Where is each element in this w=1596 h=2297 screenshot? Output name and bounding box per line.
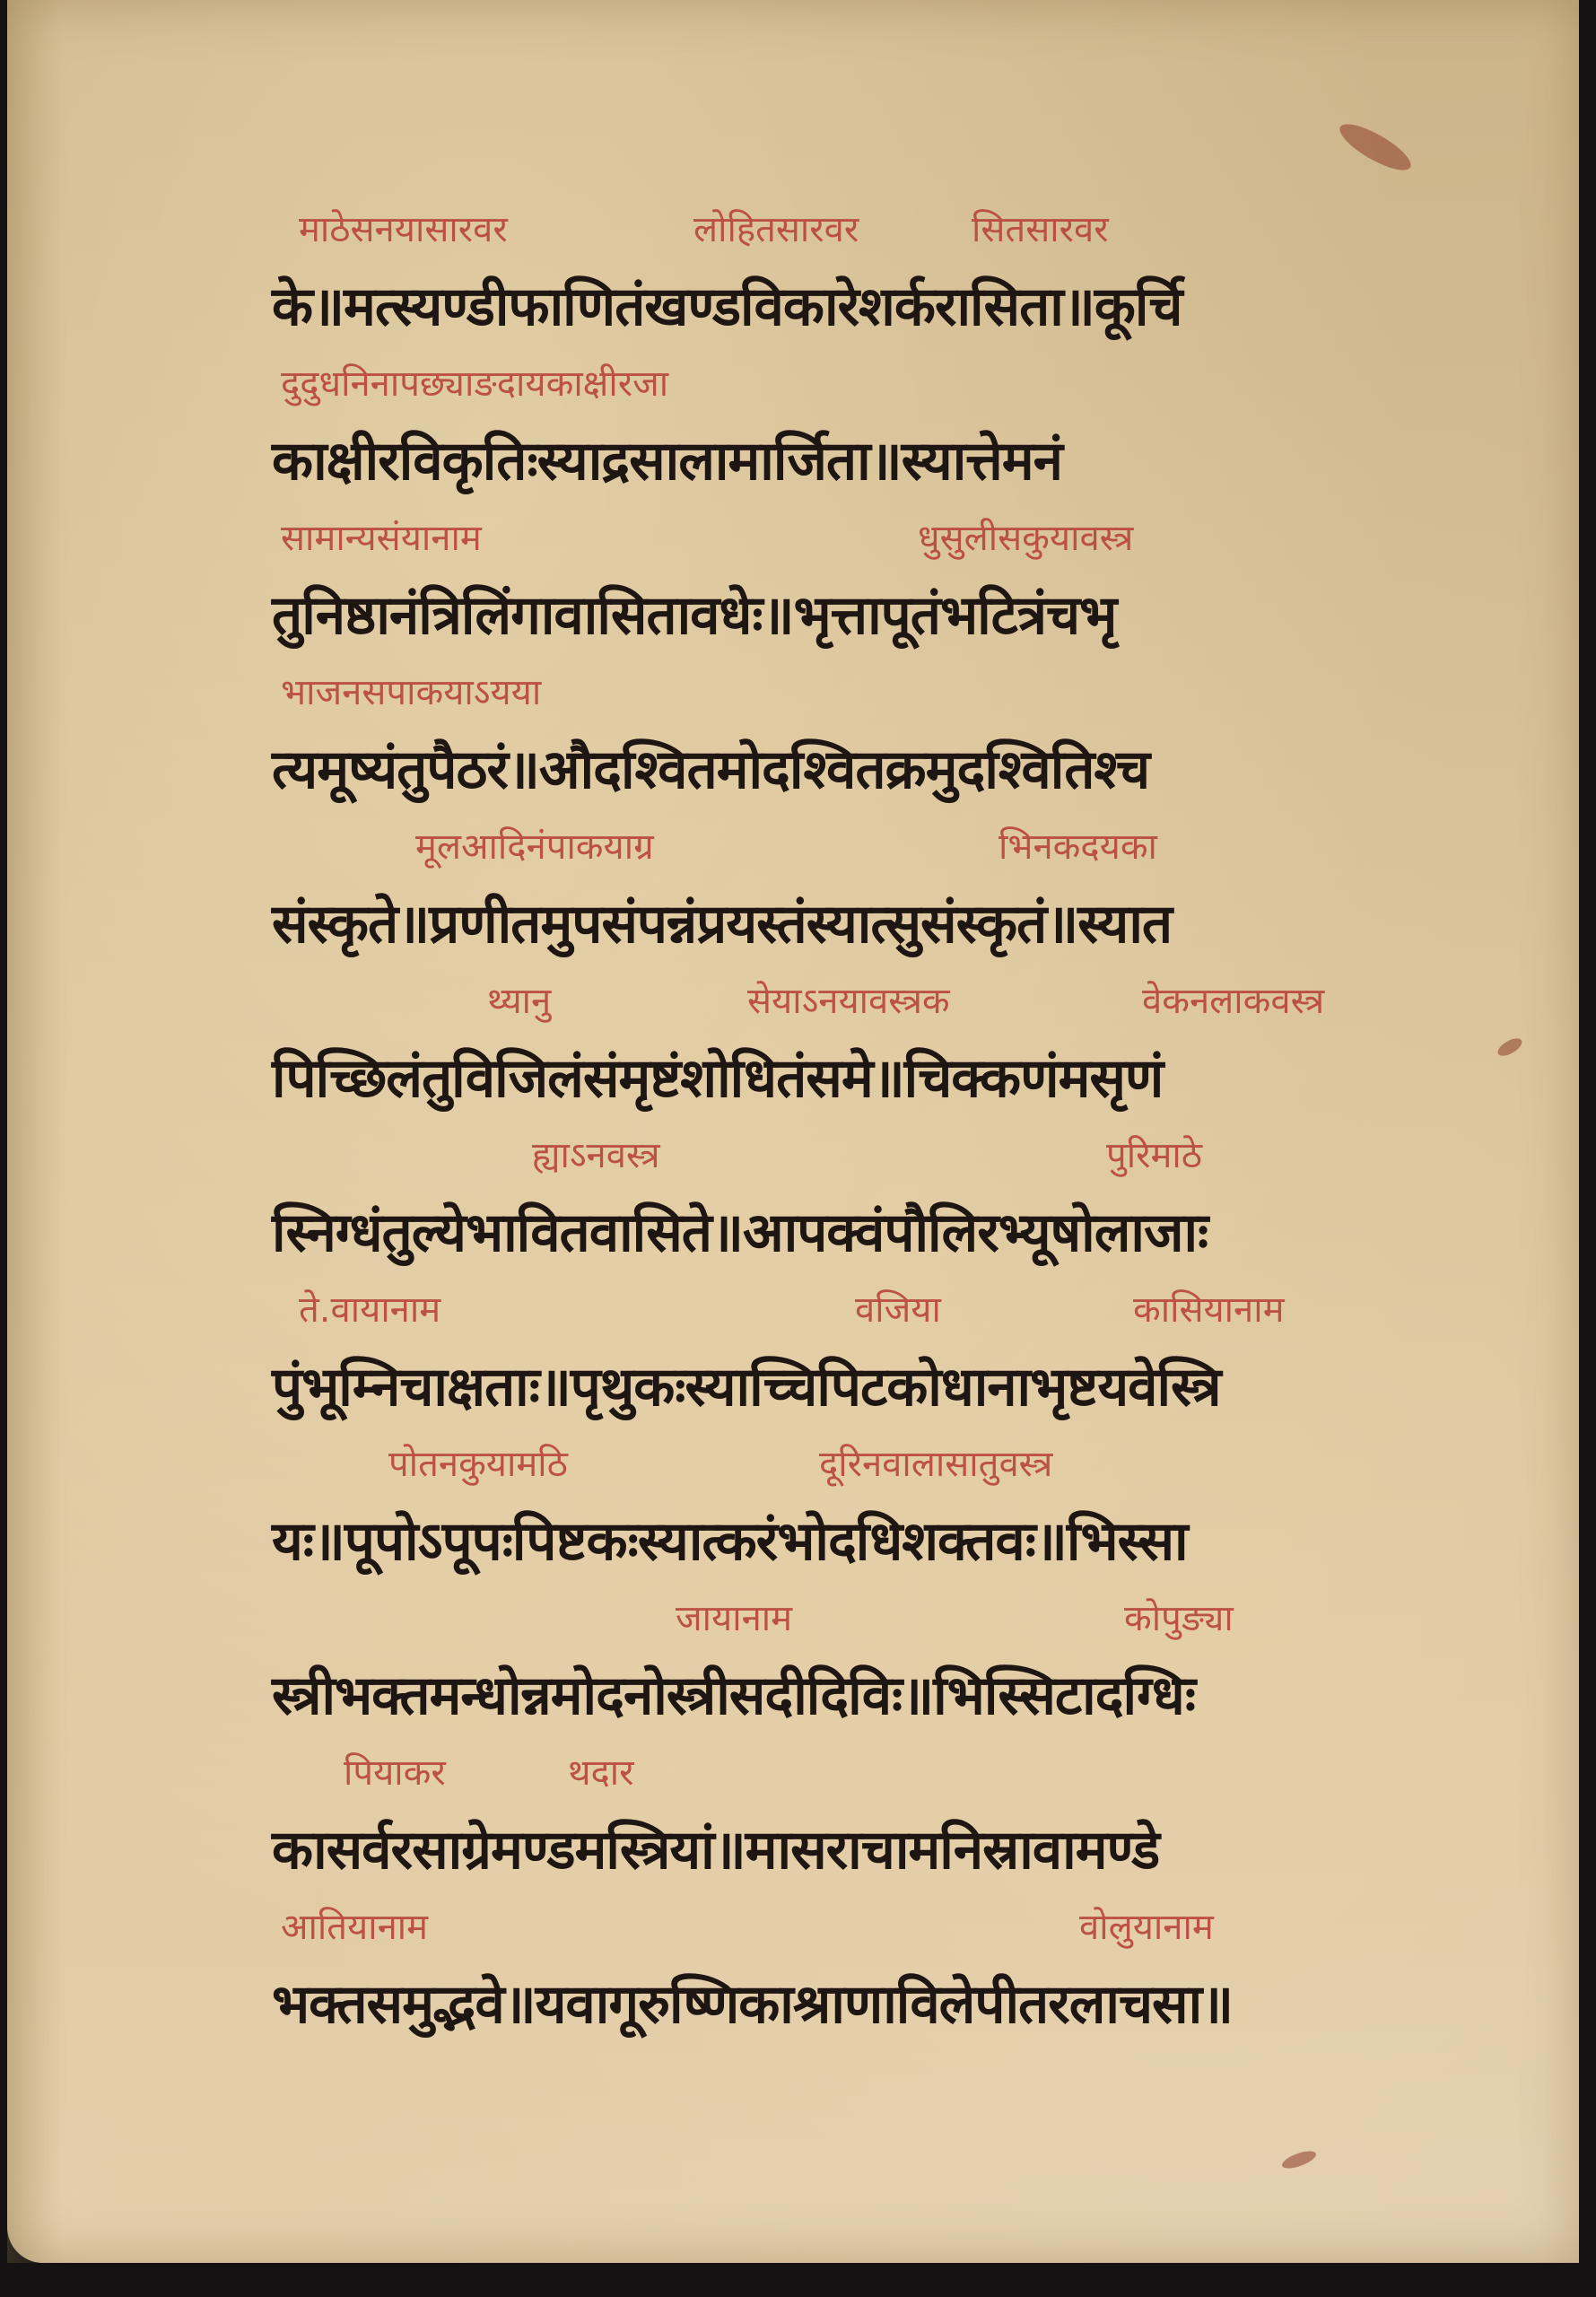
main-text-line: त्यमूष्यंतुपैठरं॥औदश्वितमोदश्वितक्रमुदश्… (272, 716, 1348, 824)
red-gloss: भाजनसपाकयाऽयया (281, 669, 541, 716)
main-text-line: तुनिष्ठानंत्रिलिंगावासितावधेः॥भृत्तापूतं… (272, 562, 1348, 669)
red-gloss: कासियानाम (1133, 1287, 1285, 1333)
red-gloss: जायानाम (676, 1595, 792, 1642)
gloss-row: दुदुधनिनापछ्याङदायकाक्षीरजा (272, 361, 1348, 407)
red-gloss: पुरिमाठे (1106, 1132, 1202, 1179)
main-text-line: पुंभूम्निचाक्षताः॥पृथुकःस्याच्चिपिटकोधान… (272, 1333, 1348, 1441)
red-gloss: वोलुयानाम (1079, 1904, 1214, 1951)
red-gloss: लोहितसारवर (693, 206, 859, 253)
gloss-row: भाजनसपाकयाऽयया (272, 669, 1348, 716)
red-gloss: वेकनलाकवस्त्र (1142, 978, 1324, 1025)
gloss-row: माठेसनयासारवर लोहितसारवर सितसारवर (272, 206, 1348, 253)
main-text-line: काक्षीरविकृतिःस्याद्रसालामार्जिता॥स्यात्… (272, 407, 1348, 515)
main-text-line: भक्तसमुद्भवे॥यवागूरुष्णिकाश्राणाविलेपीतर… (272, 1951, 1348, 2058)
ink-stain-top-right (1334, 116, 1417, 178)
text-block: माठेसनयासारवर लोहितसारवर सितसारवर के॥मत्… (272, 206, 1348, 2058)
red-gloss: वजिया (855, 1287, 941, 1333)
main-text-line: के॥मत्स्यण्डीफाणितंखण्डविकारेशर्करासिता॥… (272, 253, 1348, 361)
red-gloss: धुसुलीसकुयावस्त्र (918, 515, 1133, 562)
main-text-line: स्त्रीभक्तमन्धोन्नमोदनोस्त्रीसदीदिविः॥भि… (272, 1642, 1348, 1750)
red-gloss: माठेसनयासारवर (299, 206, 508, 253)
manuscript-folio: माठेसनयासारवर लोहितसारवर सितसारवर के॥मत्… (7, 0, 1579, 2263)
gloss-row: आतियानाम वोलुयानाम (272, 1904, 1348, 1951)
red-gloss: ते.वायानाम (299, 1287, 440, 1333)
gloss-row: जायानाम कोपुङ्या (272, 1595, 1348, 1642)
red-gloss: पोतनकुयामठि (388, 1441, 568, 1488)
red-gloss: दूरिनवालासातुवस्त्र (819, 1441, 1052, 1488)
red-gloss: कोपुङ्या (1124, 1595, 1234, 1642)
gloss-row: पोतनकुयामठि दूरिनवालासातुवस्त्र (272, 1441, 1348, 1488)
main-text-line: संस्कृते॥प्रणीतमुपसंपन्नंप्रयस्तंस्यात्स… (272, 870, 1348, 978)
gloss-row: थ्यानु सेयाऽनयावस्त्रक वेकनलाकवस्त्र (272, 978, 1348, 1025)
main-text-line: पिच्छिलंतुविजिलंसंमृष्टंशोधितंसमे॥चिक्कण… (272, 1025, 1348, 1132)
red-gloss: मूलआदिनंपाकयाग्र (415, 824, 654, 870)
red-gloss: दुदुधनिनापछ्याङदायकाक्षीरजा (281, 361, 668, 407)
red-gloss: आतियानाम (281, 1904, 428, 1951)
gloss-row: मूलआदिनंपाकयाग्र भिनकदयका (272, 824, 1348, 870)
red-gloss: सेयाऽनयावस्त्रक (747, 978, 950, 1025)
gloss-row: ह्याऽनवस्त्र पुरिमाठे (272, 1132, 1348, 1179)
red-gloss: ह्याऽनवस्त्र (532, 1132, 660, 1179)
gloss-row: सामान्यसंयानाम धुसुलीसकुयावस्त्र (272, 515, 1348, 562)
gloss-row: ते.वायानाम वजिया कासियानाम (272, 1287, 1348, 1333)
main-text-line: कासर्वरसाग्रेमण्डमस्त्रियां॥मासराचामनिस्… (272, 1796, 1348, 1904)
ink-stain-right (1496, 1035, 1525, 1059)
red-gloss: भिनकदयका (999, 824, 1157, 870)
ink-stain-bottom-right (1280, 2148, 1318, 2172)
gloss-row: पियाकर थदार (272, 1750, 1348, 1796)
red-gloss: थदार (568, 1750, 634, 1796)
red-gloss: सामान्यसंयानाम (281, 515, 482, 562)
red-gloss: पियाकर (344, 1750, 446, 1796)
main-text-line: यः॥पूपोऽपूपःपिष्टकःस्यात्करंभोदधिशक्तवः॥… (272, 1488, 1348, 1595)
red-gloss: सितसारवर (972, 206, 1109, 253)
red-gloss: थ्यानु (487, 978, 551, 1025)
main-text-line: स्निग्धंतुल्येभावितवासिते॥आपक्वंपौलिरभ्य… (272, 1179, 1348, 1287)
